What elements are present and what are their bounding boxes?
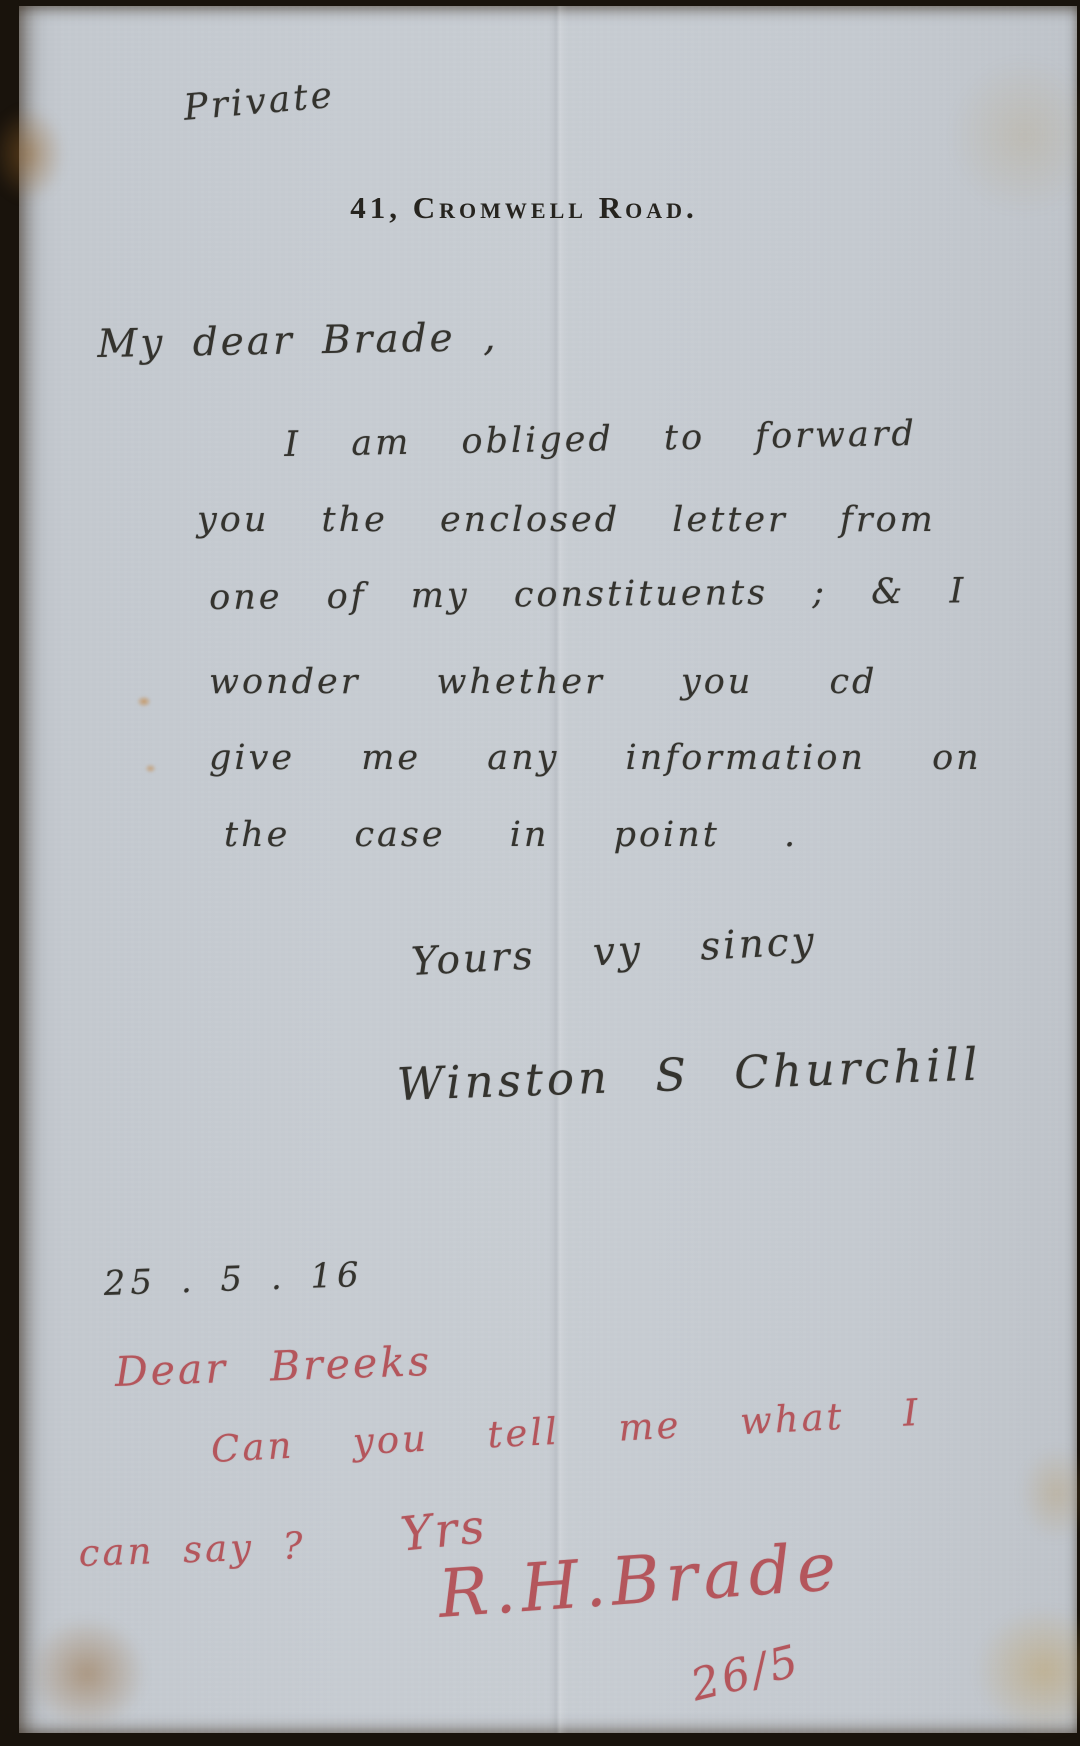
reply-line: can say ? [78, 1524, 306, 1575]
letterhead: 41, Cromwell Road. [0, 190, 1064, 226]
salutation: My dear Brade , [97, 315, 499, 367]
body-line: one of my constituents ; & I [209, 571, 966, 618]
letter-scan: Private 41, Cromwell Road. My dear Brade… [0, 0, 1080, 1746]
body-line: the case in point . [224, 815, 798, 855]
body-line: give me any information on [209, 738, 982, 778]
fox-stain [137, 696, 151, 707]
paper-texture [19, 6, 1077, 1733]
body-line: wonder whether you cd [209, 662, 877, 702]
letter-page [19, 6, 1077, 1733]
fox-stain [145, 764, 156, 773]
fox-stain [27, 1616, 147, 1731]
body-line: you the enclosed letter from [197, 500, 936, 540]
